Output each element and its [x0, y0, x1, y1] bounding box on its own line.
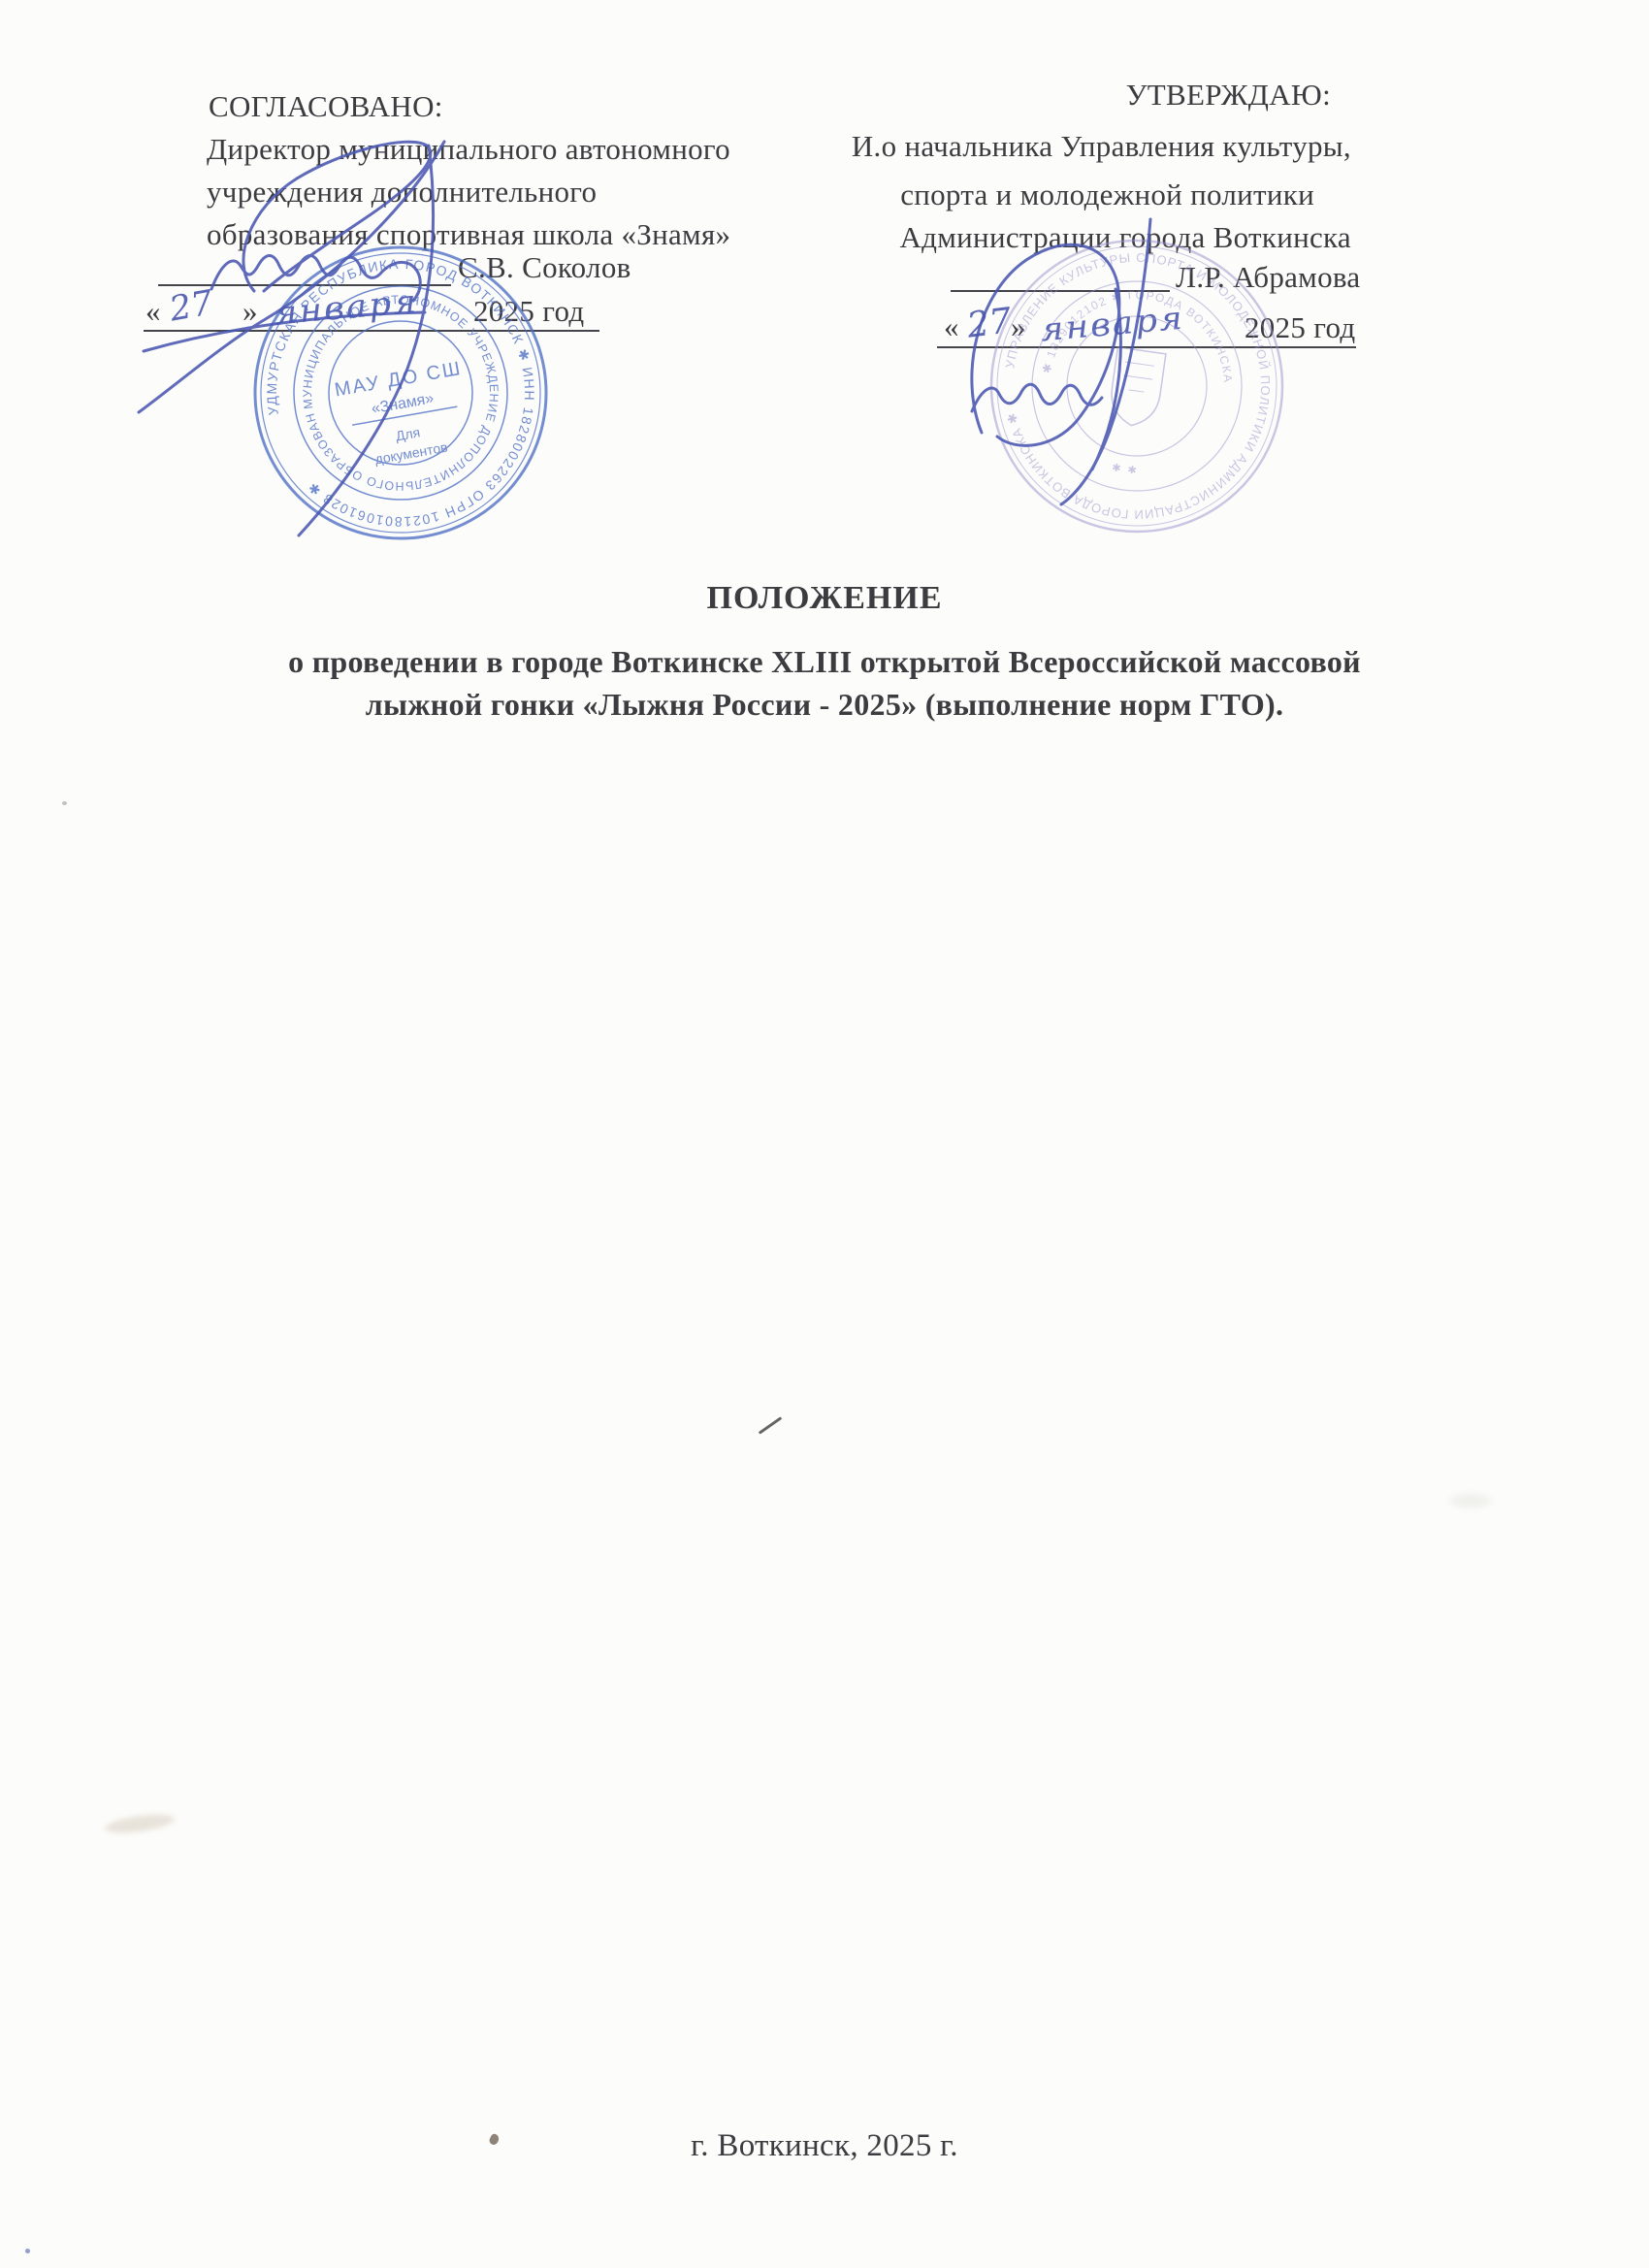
left-date-close-quote: »: [242, 294, 258, 329]
document-subtitle-line1: о проведении в городе Воткинске XLIII от…: [0, 644, 1649, 680]
left-date-month-handwritten: января: [273, 282, 419, 333]
left-approval-heading: СОГЛАСОВАНО:: [209, 89, 443, 124]
left-stamp-center-line4: документов: [373, 439, 448, 468]
left-date-year: 2025 год: [473, 294, 584, 329]
left-date-underline: [144, 330, 599, 332]
left-date-open-quote: «: [145, 294, 161, 329]
right-stamp-asterisks: ✱ ✱: [1111, 462, 1139, 477]
right-stamp-coat-of-arms-detail: [1121, 362, 1154, 393]
pen-stroke-mark: [759, 1416, 783, 1435]
scan-smudge: [104, 1811, 176, 1836]
left-stamp-inner-ring: [317, 309, 483, 475]
right-signature-line: [951, 290, 1170, 292]
right-date-year: 2025 год: [1245, 310, 1355, 345]
right-approval-heading: УТВЕРЖДАЮ:: [1126, 78, 1331, 113]
left-approval-line2: учреждения дополнительного: [207, 175, 597, 210]
left-stamp-center-line1: МАУ ДО СШ: [333, 358, 464, 402]
left-stamp-center-line3: Для: [395, 424, 422, 443]
scanned-document-page: СОГЛАСОВАНО: Директор муниципального авт…: [0, 0, 1649, 2268]
scan-faint-blob: [1450, 1494, 1491, 1507]
document-subtitle-line2: лыжной гонки «Лыжня России - 2025» (выпо…: [0, 687, 1649, 723]
right-date-open-quote: «: [944, 309, 959, 344]
scan-blue-speck: [25, 2249, 30, 2253]
left-signer-name: С.В. Соколов: [458, 250, 631, 285]
document-title: ПОЛОЖЕНИЕ: [0, 580, 1649, 617]
right-date-underline: [937, 346, 1356, 348]
right-date-close-quote: »: [1011, 309, 1026, 344]
left-stamp-center-line2: «Знамя»: [371, 390, 436, 417]
right-approval-line1: И.о начальника Управления культуры,: [852, 129, 1351, 164]
right-approval-line3: Администрации города Воткинска: [899, 220, 1351, 255]
left-approval-line3: образования спортивная школа «Знамя»: [207, 217, 730, 252]
left-approval-line1: Директор муниципального автономного: [207, 132, 730, 167]
scan-speck-dot: [62, 801, 67, 805]
right-signature: [972, 219, 1150, 504]
right-date-month-handwritten: января: [1039, 299, 1185, 349]
right-signer-name: Л.Р. Абрамова: [1176, 260, 1361, 295]
left-stamp-divider: [352, 406, 457, 425]
right-stamp-coat-of-arms: [1108, 347, 1166, 429]
right-date-day-handwritten: 27: [965, 301, 1014, 345]
left-date-day-handwritten: 27: [167, 283, 216, 329]
right-approval-line2: спорта и молодежной политики: [900, 178, 1314, 212]
footer-city-year: г. Воткинск, 2025 г.: [0, 2128, 1649, 2164]
